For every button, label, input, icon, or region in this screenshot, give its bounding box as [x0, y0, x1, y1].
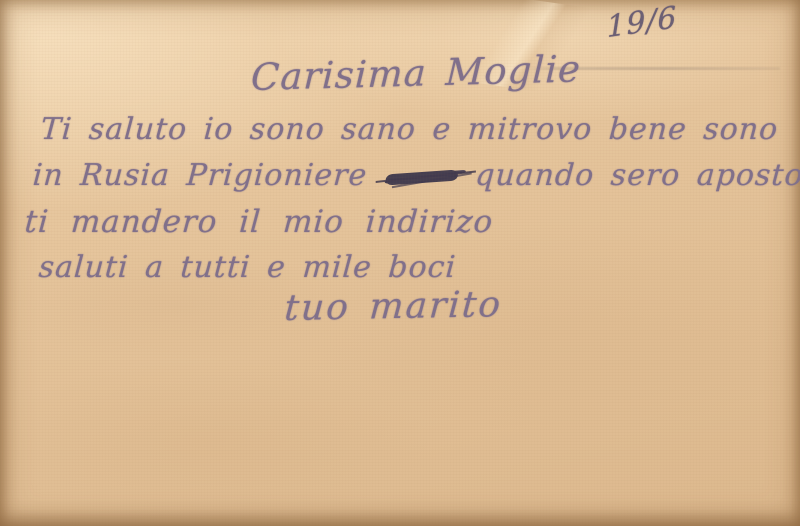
body-line-1: Ti saluto io sono sano e mitrovo bene so…	[40, 112, 780, 147]
body-line-3: ti mandero il mio indirizo	[23, 204, 494, 240]
body-line-2-pre: in Rusia Prigioniere	[32, 158, 369, 193]
signature-line: tuo marito	[283, 284, 503, 329]
postcard-paper: 19/6 Carisima Moglie Ti saluto io sono s…	[0, 0, 800, 526]
greeting-line: Carisima Moglie	[250, 47, 582, 99]
body-line-2: in Rusia Prigioniere quando sero aposto	[32, 158, 800, 193]
scribble-crossed-out-word	[385, 169, 457, 185]
handwritten-date: 19/6	[606, 0, 678, 45]
body-line-4: saluti a tutti e mile boci	[38, 250, 458, 285]
body-line-2-post: quando sero aposto	[474, 158, 800, 193]
postcard-scan: 19/6 Carisima Moglie Ti saluto io sono s…	[0, 0, 800, 526]
